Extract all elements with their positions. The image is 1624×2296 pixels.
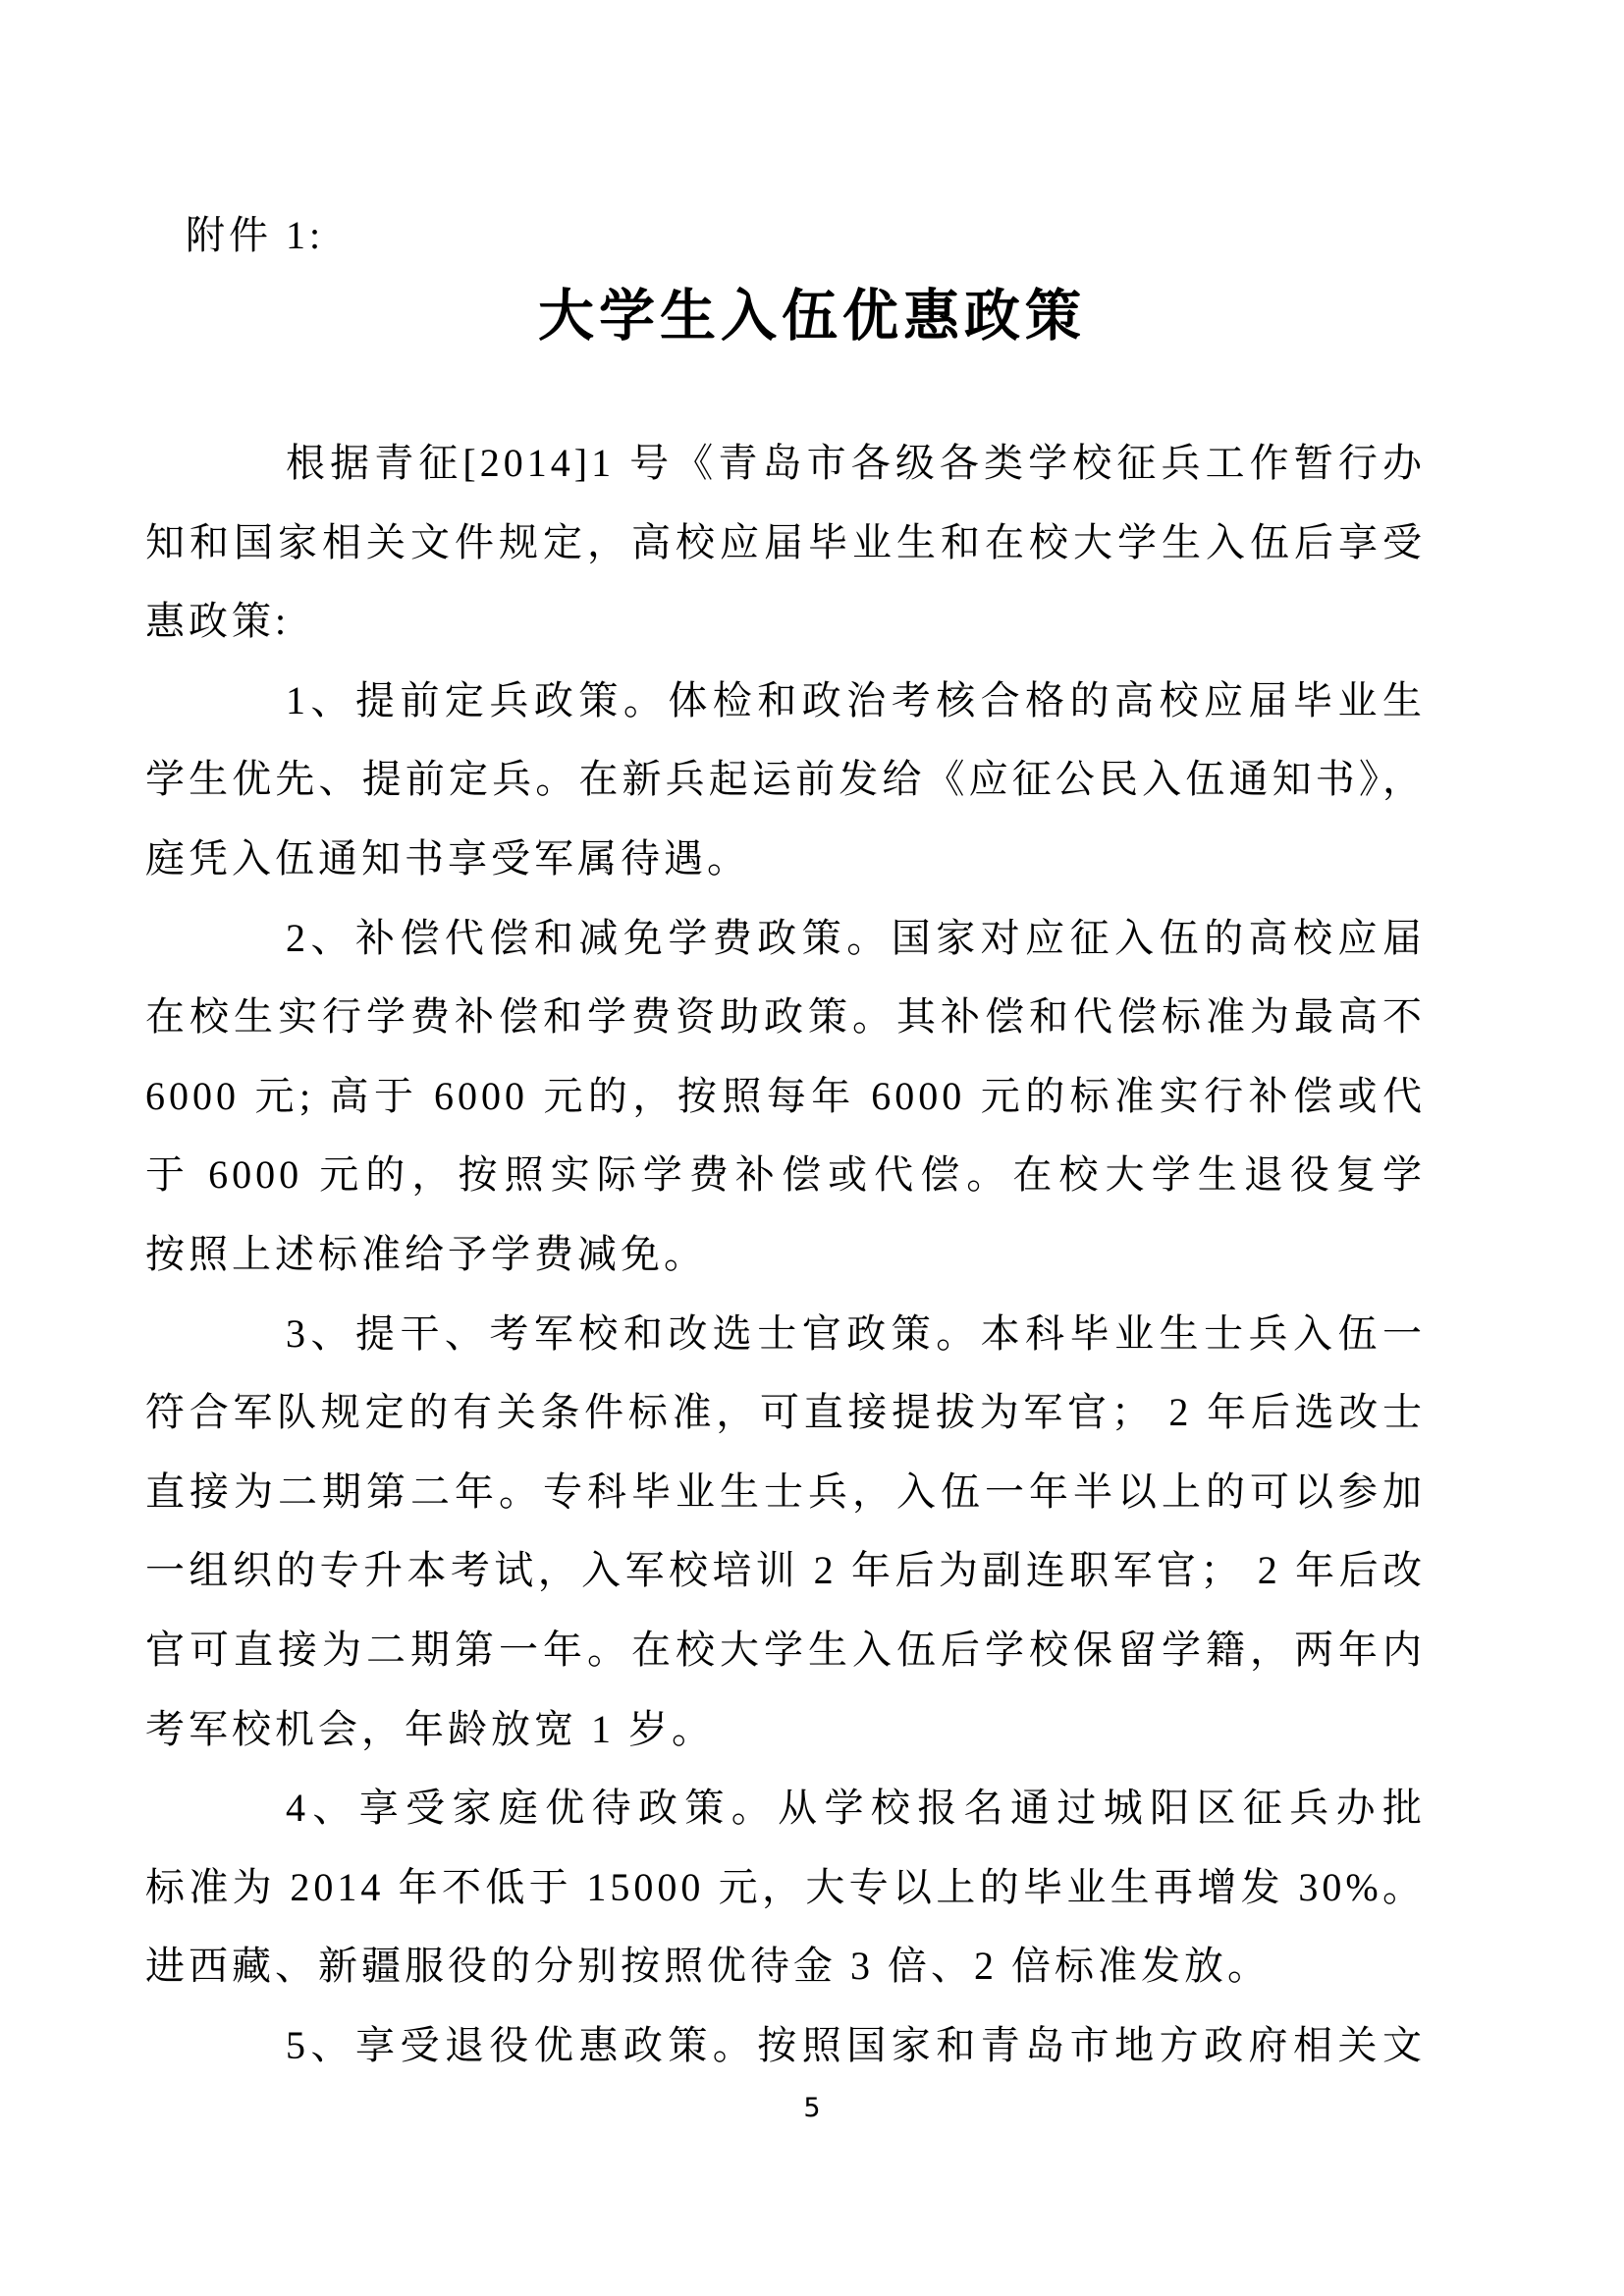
body-line: 在校生实行学费补偿和学费资助政策。其补偿和代偿标准为最高不超过: [145, 978, 1426, 1057]
body-line: 按照上述标准给予学费减免。: [145, 1215, 1426, 1295]
body-line: 直接为二期第二年。专科毕业生士兵，入伍一年半以上的可以参加全军统: [145, 1453, 1426, 1532]
body-line: 符合军队规定的有关条件标准，可直接提拔为军官； 2 年后选改士官可: [145, 1373, 1426, 1453]
body-line: 6000 元; 高于 6000 元的，按照每年 6000 元的标准实行补偿或代偿…: [145, 1057, 1426, 1137]
document-title: 大学生入伍优惠政策: [0, 271, 1624, 351]
body-line: 考军校机会，年龄放宽 1 岁。: [145, 1690, 1426, 1770]
body-line: 4、享受家庭优待政策。从学校报名通过城阳区征兵办批兵，优待金: [145, 1769, 1426, 1848]
body-line: 5、享受退役优惠政策。按照国家和青岛市地方政府相关文件可享受: [145, 2006, 1426, 2086]
document-body: 根据青征[2014]1 号《青岛市各级各类学校征兵工作暂行办法》的通知和国家相关…: [145, 424, 1426, 2085]
document-page: 附件 1: 大学生入伍优惠政策 根据青征[2014]1 号《青岛市各级各类学校征…: [0, 0, 1624, 2296]
body-line: 2、补偿代偿和减免学费政策。国家对应征入伍的高校应届毕业生和: [145, 899, 1426, 979]
body-line: 庭凭入伍通知书享受军属待遇。: [145, 820, 1426, 899]
body-line: 1、提前定兵政策。体检和政治考核合格的高校应届毕业生和在校大: [145, 662, 1426, 741]
body-line: 根据青征[2014]1 号《青岛市各级各类学校征兵工作暂行办法》的通: [145, 424, 1426, 504]
body-line: 3、提干、考军校和改选士官政策。本科毕业生士兵入伍一年半以上，: [145, 1295, 1426, 1374]
body-line: 一组织的专升本考试，入军校培训 2 年后为副连职军官； 2 年后改选士: [145, 1531, 1426, 1611]
body-line: 知和国家相关文件规定，高校应届毕业生和在校大学生入伍后享受以下优: [145, 504, 1426, 583]
page-number: 5: [0, 2093, 1624, 2123]
body-line: 惠政策:: [145, 582, 1426, 662]
attachment-label: 附件 1:: [186, 204, 324, 260]
body-line: 于 6000 元的，按照实际学费补偿或代偿。在校大学生退役复学后，国家: [145, 1136, 1426, 1215]
body-line: 进西藏、新疆服役的分别按照优待金 3 倍、2 倍标准发放。: [145, 1927, 1426, 2006]
body-line: 标准为 2014 年不低于 15000 元，大专以上的毕业生再增发 30%。另外…: [145, 1848, 1426, 1928]
body-line: 官可直接为二期第一年。在校大学生入伍后学校保留学籍，两年内有一次: [145, 1611, 1426, 1690]
body-line: 学生优先、提前定兵。在新兵起运前发给《应征公民入伍通知书》，其家: [145, 740, 1426, 820]
